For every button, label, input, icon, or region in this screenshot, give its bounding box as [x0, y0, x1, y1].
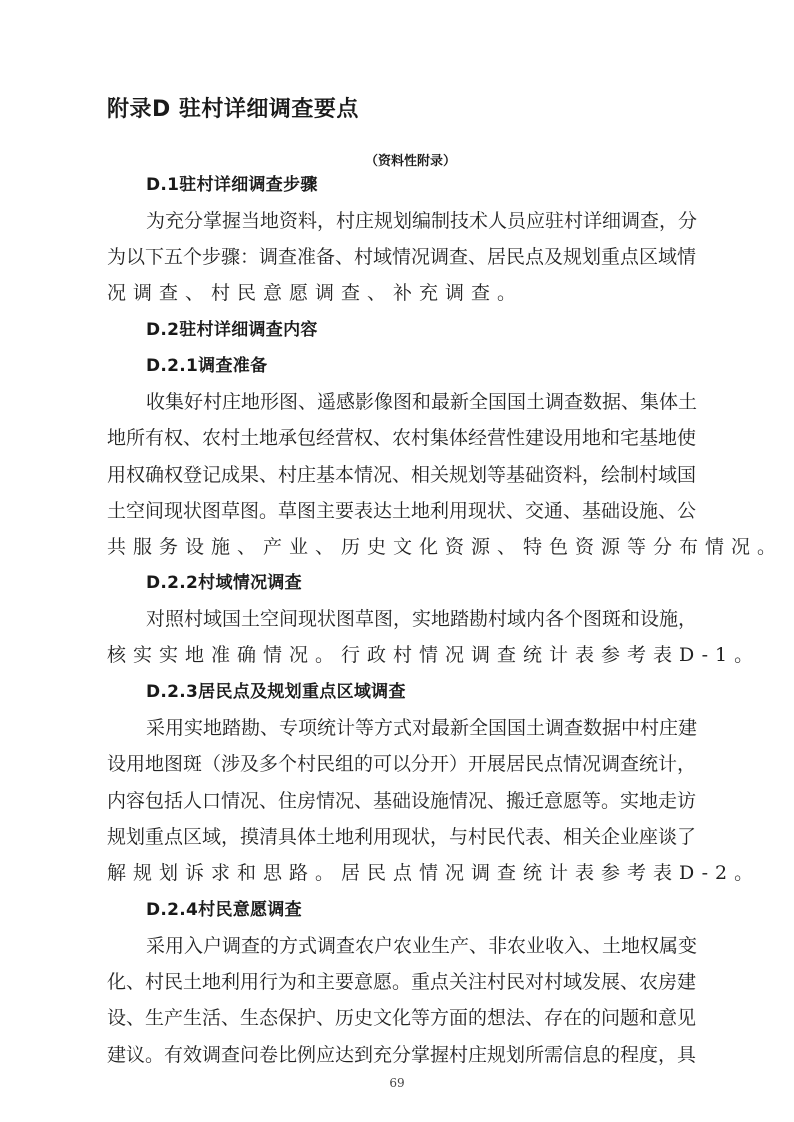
paragraph-line: 收集好村庄地形图、遥感影像图和最新全国国土调查数据、集体土 — [146, 387, 689, 414]
heading-d1: D.1驻村详细调查步骤 — [146, 170, 318, 195]
paragraph-line: 内容包括人口情况、住房情况、基础设施情况、搬迁意愿等。实地走访 — [107, 786, 689, 813]
paragraph-line: 设用地图斑（涉及多个村民组的可以分开）开展居民点情况调查统计， — [107, 749, 689, 776]
page-number: 69 — [0, 1076, 794, 1090]
heading-d2: D.2驻村详细调查内容 — [146, 315, 318, 340]
paragraph-line: 地所有权、农村土地承包经营权、农村集体经营性建设用地和宅基地使 — [107, 423, 689, 450]
paragraph-line: 设、生产生活、生态保护、历史文化等方面的想法、存在的问题和意见 — [107, 1003, 689, 1030]
paragraph-line: 化、村民土地利用行为和主要意愿。重点关注村民对村域发展、农房建 — [107, 967, 689, 994]
paragraph-line: 对照村域国土空间现状图草图，实地踏勘村域内各个图斑和设施， — [146, 604, 689, 631]
paragraph-line: 规划重点区域，摸清具体土地利用现状，与村民代表、相关企业座谈了 — [107, 822, 689, 849]
paragraph-line: 建议。有效调查问卷比例应达到充分掌握村庄规划所需信息的程度，具 — [107, 1040, 689, 1067]
paragraph-line: 核实实地准确情况。行政村情况调查统计表参考表D-1。 — [107, 640, 760, 667]
paragraph-line: 况调查、村民意愿调查、补充调查。 — [107, 278, 523, 305]
paragraph-line: 采用实地踏勘、专项统计等方式对最新全国国土调查数据中村庄建 — [146, 713, 689, 740]
paragraph-line: 用权确权登记成果、村庄基本情况、相关规划等基础资料，绘制村域国 — [107, 460, 689, 487]
paragraph-line: 解规划诉求和思路。居民点情况调查统计表参考表D-2。 — [107, 858, 760, 885]
heading-d24: D.2.4村民意愿调查 — [146, 895, 302, 920]
paragraph-line: 土空间现状图草图。草图主要表达土地利用现状、交通、基础设施、公 — [107, 496, 689, 523]
paragraph-line: 为以下五个步骤：调查准备、村域情况调查、居民点及规划重点区域情 — [107, 242, 689, 269]
heading-d22: D.2.2村域情况调查 — [146, 568, 302, 593]
appendix-title: 附录D 驻村详细调查要点 — [107, 92, 359, 123]
appendix-note: （资料性附录） — [365, 150, 456, 169]
paragraph-line: 采用入户调查的方式调查农户农业生产、非农业收入、土地权属变 — [146, 931, 689, 958]
heading-d23: D.2.3居民点及规划重点区域调查 — [146, 677, 406, 702]
heading-d21: D.2.1调查准备 — [146, 351, 267, 376]
paragraph-line: 为充分掌握当地资料，村庄规划编制技术人员应驻村详细调查，分 — [146, 206, 689, 233]
paragraph-line: 共服务设施、产业、历史文化资源、特色资源等分布情况。 — [107, 532, 783, 559]
